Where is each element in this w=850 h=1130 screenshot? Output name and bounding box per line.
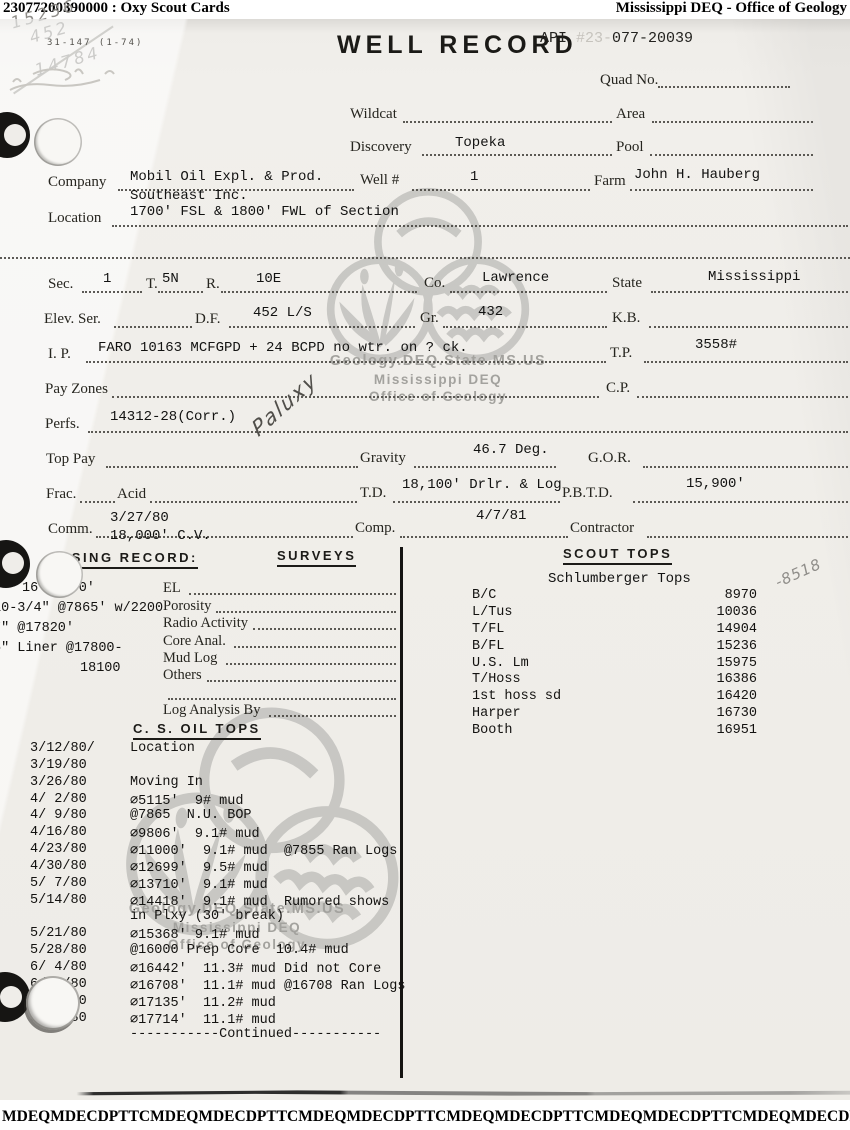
comm-value-line2: 18,000' C.V. xyxy=(110,528,211,544)
discovery-label: Discovery xyxy=(350,139,412,156)
log-entry: ∅16708' 11.1# mud @16708 Ran Logs xyxy=(130,977,405,994)
scout-top-row: B/C 8970 xyxy=(472,588,757,605)
oil-tops-row: -----------Continued----------- xyxy=(30,1027,430,1044)
log-date: 3/19/80 xyxy=(30,758,130,775)
scout-top-row: U.S. Lm 15975 xyxy=(472,656,757,673)
dotted-line xyxy=(0,257,850,259)
scout-top-row: B/FL 15236 xyxy=(472,639,757,656)
log-date: 5/ 7/80 xyxy=(30,876,130,893)
formation-name: Harper xyxy=(472,706,521,723)
log-date xyxy=(30,909,130,926)
oil-tops-row: 3/19/80 xyxy=(30,758,430,775)
log-entry: ∅17714' 11.1# mud xyxy=(130,1011,276,1028)
pool-label: Pool xyxy=(616,139,644,156)
scout-top-row: Booth 16951 xyxy=(472,723,757,740)
log-entry: ∅17135' 11.2# mud xyxy=(130,994,276,1011)
scout-top-row: T/FL 14904 xyxy=(472,622,757,639)
formation-name: T/FL xyxy=(472,622,504,639)
survey-row: Mud Log xyxy=(163,650,396,667)
punch-mark-notch xyxy=(2,552,24,574)
log-date: 5/14/80 xyxy=(30,893,130,910)
punch-hole xyxy=(36,551,83,598)
surveys-list: EL Porosity Radio Activity Core Anal. Mu… xyxy=(163,580,396,719)
formation-name: B/FL xyxy=(472,639,504,656)
dotted-line xyxy=(450,291,607,293)
scout-top-row: Harper 16730 xyxy=(472,706,757,723)
footer-tags: MDEQMDECDPTTCMDEQMDECDPTTCMDEQMDECDPTTCM… xyxy=(2,1108,848,1126)
dotted-line xyxy=(112,225,848,227)
dotted-line xyxy=(112,396,599,398)
punch-mark-notch xyxy=(4,124,26,146)
footer-tag: MDEQ xyxy=(446,1108,494,1126)
ocr-header: 23077200390000 : Oxy Scout Cards Mississ… xyxy=(0,0,850,19)
pencil-scribbles xyxy=(5,52,135,102)
comp-label: Comp. xyxy=(355,520,395,537)
kb-label: K.B. xyxy=(612,310,640,327)
footer-tag: MDEQ xyxy=(595,1108,643,1126)
formation-depth: 16386 xyxy=(716,672,757,689)
dotted-line xyxy=(393,501,560,503)
oil-tops-row: 3/26/80 Moving In xyxy=(30,775,430,792)
state-label: State xyxy=(612,275,642,292)
company-value: Mobil Oil Expl. & Prod. xyxy=(130,169,323,185)
comm-label: Comm. xyxy=(48,521,93,538)
oil-tops-row: 4/16/80 ∅9806' 9.1# mud xyxy=(30,825,430,842)
log-date: 5/21/80 xyxy=(30,926,130,943)
footer-tag: PTTC xyxy=(553,1108,594,1126)
form-number: 31-147 (1-74) xyxy=(47,38,143,48)
footer-tag: PTTC xyxy=(257,1108,298,1126)
formation-name: B/C xyxy=(472,588,496,605)
gravity-value: 46.7 Deg. xyxy=(473,442,549,458)
well-number-value: 1 xyxy=(470,169,478,185)
dotted-line xyxy=(216,611,396,613)
dotted-line xyxy=(114,326,192,328)
log-entry: ∅13710' 9.1# mud xyxy=(130,876,268,893)
log-entry: -----------Continued----------- xyxy=(130,1027,381,1044)
area-label: Area xyxy=(616,106,645,123)
api-number: API #23-077-20039 xyxy=(540,30,693,47)
dotted-line xyxy=(229,326,415,328)
gor-label: G.O.R. xyxy=(588,450,631,467)
dotted-line xyxy=(221,291,417,293)
log-date: 4/16/80 xyxy=(30,825,130,842)
gr-label: Gr. xyxy=(420,310,439,327)
oil-tops-row: 6/18/80 ∅17135' 11.2# mud xyxy=(30,994,430,1011)
footer-tag: MDECD xyxy=(50,1108,109,1126)
oil-tops-row: 3/12/80/ Location xyxy=(30,741,430,758)
dotted-line xyxy=(106,466,358,468)
survey-row: Porosity xyxy=(163,597,396,614)
dotted-line xyxy=(207,680,396,682)
dotted-line xyxy=(644,361,848,363)
log-date: 3/26/80 xyxy=(30,775,130,792)
dotted-line xyxy=(168,698,396,700)
punch-hole xyxy=(34,118,82,166)
casing-line: 10-3/4" @7865' w/2200 xyxy=(0,601,163,616)
footer-tag: MDECD xyxy=(198,1108,257,1126)
survey-label: Others xyxy=(163,667,207,684)
formation-depth: 16420 xyxy=(716,689,757,706)
log-entry: Moving In xyxy=(130,775,203,792)
oil-tops-row: 5/28/80 @16000 Prep Core 10.4# mud xyxy=(30,943,430,960)
oil-tops-row: in Plxy (30' break) xyxy=(30,909,430,926)
log-date: 4/ 9/80 xyxy=(30,808,130,825)
survey-row: Core Anal. xyxy=(163,632,396,649)
formation-name: T/Hoss xyxy=(472,672,521,689)
survey-label: Porosity xyxy=(163,598,216,615)
oil-tops-row: 6/11/80 ∅16708' 11.1# mud @16708 Ran Log… xyxy=(30,977,430,994)
tp-label: T.P. xyxy=(610,345,632,362)
scout-tops-table: B/C 8970 L/Tus 10036 T/FL 14904 B/FL 152… xyxy=(472,588,757,740)
oil-tops-title: C. S. OIL TOPS xyxy=(133,721,261,740)
log-entry: ∅12699' 9.5# mud xyxy=(130,859,268,876)
dotted-line xyxy=(226,663,396,665)
log-date: 6/ 4/80 xyxy=(30,960,130,977)
log-entry: ∅15368' 9.1# mud xyxy=(130,926,260,943)
survey-label: EL xyxy=(163,580,189,597)
formation-name: Booth xyxy=(472,723,513,740)
tp-value: 3558# xyxy=(695,337,737,353)
df-value: 452 L/S xyxy=(253,305,312,321)
oil-tops-row: 6/ 4/80 ∅16442' 11.3# mud Did not Core xyxy=(30,960,430,977)
toppay-label: Top Pay xyxy=(46,451,95,468)
dotted-line xyxy=(82,291,142,293)
cp-label: C.P. xyxy=(606,380,630,397)
dotted-line xyxy=(651,291,848,293)
oil-tops-row: 4/ 2/80 ∅5115' 9# mud xyxy=(30,792,430,809)
survey-row xyxy=(163,684,396,701)
formation-depth: 16730 xyxy=(716,706,757,723)
log-date: 3/12/80/ xyxy=(30,741,130,758)
td-value: 18,100' Drlr. & Log xyxy=(402,477,562,493)
formation-depth: 14904 xyxy=(716,622,757,639)
footer-tag: MDEQ xyxy=(2,1108,50,1126)
dotted-line xyxy=(643,466,848,468)
log-entry: in Plxy (30' break) xyxy=(130,909,284,926)
oil-tops-row: 5/ 7/80 ∅13710' 9.1# mud xyxy=(30,876,430,893)
scout-top-row: 1st hoss sd 16420 xyxy=(472,689,757,706)
state-value: Mississippi xyxy=(708,269,800,285)
dotted-line xyxy=(269,715,396,717)
log-entry: ∅5115' 9# mud xyxy=(130,792,243,809)
contractor-label: Contractor xyxy=(570,520,634,537)
surveys-title: SURVEYS xyxy=(277,548,356,567)
oil-tops-row: 4/ 9/80 @7865 N.U. BOP xyxy=(30,808,430,825)
footer-tag: MDEQ xyxy=(743,1108,791,1126)
ip-label: I. P. xyxy=(48,346,71,363)
footer-tag: MDECD xyxy=(791,1108,850,1126)
survey-label: Mud Log xyxy=(163,650,226,667)
log-entry: ∅14418' 9.1# mud Rumored shows xyxy=(130,893,389,910)
scout-tops-title: SCOUT TOPS xyxy=(563,546,672,565)
formation-name: 1st hoss sd xyxy=(472,689,561,706)
formation-depth: 8970 xyxy=(725,588,757,605)
dotted-line xyxy=(630,189,813,191)
log-entry: ∅9806' 9.1# mud xyxy=(130,825,260,842)
gravity-label: Gravity xyxy=(360,450,406,467)
oil-tops-log: 3/12/80/ Location 3/19/80 3/26/80 Moving… xyxy=(30,741,430,1044)
oil-tops-row: 4/23/80 ∅11000' 9.1# mud @7855 Ran Logs xyxy=(30,842,430,859)
scout-top-row: L/Tus 10036 xyxy=(472,605,757,622)
footer-tag: MDECD xyxy=(495,1108,554,1126)
dotted-line xyxy=(400,536,568,538)
dotted-line xyxy=(412,189,590,191)
dotted-line xyxy=(652,121,813,123)
dotted-line xyxy=(633,501,848,503)
well-number-label: Well # xyxy=(360,172,399,189)
oil-tops-row: 6/25/80 ∅17714' 11.1# mud xyxy=(30,1011,430,1028)
log-entry: @16000 Prep Core 10.4# mud xyxy=(130,943,349,960)
oil-tops-row: 5/14/80 ∅14418' 9.1# mud Rumored shows xyxy=(30,893,430,910)
comm-value: 3/27/80 xyxy=(110,510,169,526)
county-value: Lawrence xyxy=(482,270,549,286)
county-label: Co. xyxy=(424,275,445,292)
log-date: 4/30/80 xyxy=(30,859,130,876)
formation-name: U.S. Lm xyxy=(472,656,529,673)
punch-mark-notch xyxy=(0,986,22,1008)
casing-line: 5" Liner @17800- xyxy=(0,641,123,656)
pbtd-label: P.B.T.D. xyxy=(562,485,613,502)
footer-tag: PTTC xyxy=(405,1108,446,1126)
footer-tag: PTTC xyxy=(109,1108,150,1126)
elev-label: Elev. Ser. xyxy=(44,311,101,328)
dotted-line xyxy=(234,646,396,648)
pbtd-value: 15,900' xyxy=(686,476,745,492)
range-label: R. xyxy=(206,276,220,293)
dotted-line xyxy=(88,431,848,433)
payzones-label: Pay Zones xyxy=(45,381,108,398)
ip-value: FARO 10163 MCFGPD + 24 BCPD no wtr. on ?… xyxy=(98,340,468,356)
farm-label: Farm xyxy=(594,173,626,190)
range-value: 10E xyxy=(256,271,281,287)
township-value: 5N xyxy=(162,271,179,287)
footer-tag: MDEQ xyxy=(150,1108,198,1126)
perfs-value: 14312-28(Corr.) xyxy=(110,409,236,425)
footer-tag: MDECD xyxy=(643,1108,702,1126)
survey-row: Radio Activity xyxy=(163,615,396,632)
formation-depth: 15236 xyxy=(716,639,757,656)
dotted-line xyxy=(649,326,848,328)
formation-depth: 10036 xyxy=(716,605,757,622)
agency-name: Mississippi DEQ - Office of Geology xyxy=(616,0,847,17)
scout-top-row: T/Hoss 16386 xyxy=(472,672,757,689)
survey-label: Core Anal. xyxy=(163,633,234,650)
dotted-line xyxy=(658,86,790,88)
log-entry: Location xyxy=(130,741,195,758)
log-date: 4/ 2/80 xyxy=(30,792,130,809)
dotted-line xyxy=(403,121,612,123)
log-date: 4/23/80 xyxy=(30,842,130,859)
frac-label: Frac. xyxy=(46,486,76,503)
log-entry: ∅16442' 11.3# mud Did not Core xyxy=(130,960,381,977)
footer-tag: MDECD xyxy=(346,1108,405,1126)
dotted-line xyxy=(158,291,203,293)
formation-depth: 15975 xyxy=(716,656,757,673)
scout-tops-subtitle: Schlumberger Tops xyxy=(548,571,691,587)
dotted-line xyxy=(637,396,848,398)
gr-value: 432 xyxy=(478,304,503,320)
dotted-line xyxy=(650,154,813,156)
dotted-line xyxy=(414,466,556,468)
comp-value: 4/7/81 xyxy=(476,508,526,524)
dotted-line xyxy=(422,154,612,156)
casing-line: 7" @17820' xyxy=(0,621,74,636)
survey-label: Radio Activity xyxy=(163,615,253,632)
perfs-label: Perfs. xyxy=(45,416,80,433)
footer-tag: PTTC xyxy=(701,1108,742,1126)
oil-tops-row: 4/30/80 ∅12699' 9.5# mud xyxy=(30,859,430,876)
farm-value: John H. Hauberg xyxy=(634,167,760,183)
survey-row: EL xyxy=(163,580,396,597)
location-value: 1700' FSL & 1800' FWL of Section xyxy=(130,204,399,220)
acid-label: Acid xyxy=(117,486,146,503)
log-date xyxy=(30,1027,130,1044)
company-label: Company xyxy=(48,174,106,191)
formation-name: L/Tus xyxy=(472,605,513,622)
quad-label: Quad No. xyxy=(600,72,658,89)
formation-depth: 16951 xyxy=(716,723,757,740)
dotted-line xyxy=(189,593,396,595)
survey-label: Log Analysis By xyxy=(163,702,269,719)
survey-row: Others xyxy=(163,667,396,684)
log-entry: ∅11000' 9.1# mud @7855 Ran Logs xyxy=(130,842,397,859)
dotted-line xyxy=(80,501,115,503)
df-label: D.F. xyxy=(195,311,220,328)
discovery-value: Topeka xyxy=(455,135,505,151)
dotted-line xyxy=(443,326,607,328)
sec-label: Sec. xyxy=(48,276,73,293)
township-label: T. xyxy=(146,276,158,293)
dotted-line xyxy=(150,501,357,503)
sec-value: 1 xyxy=(103,271,111,287)
log-entry: @7865 N.U. BOP xyxy=(130,808,252,825)
dotted-line xyxy=(253,628,396,630)
dotted-line xyxy=(647,536,848,538)
punch-hole xyxy=(26,976,80,1030)
wildcat-label: Wildcat xyxy=(350,106,397,123)
td-label: T.D. xyxy=(360,485,386,502)
location-label: Location xyxy=(48,210,101,227)
scanned-well-record-page: { "colors":{"paper":"#f0eee9","ink":"#13… xyxy=(0,0,850,1130)
survey-row: Log Analysis By xyxy=(163,702,396,719)
dotted-line xyxy=(86,361,606,363)
log-date: 5/28/80 xyxy=(30,943,130,960)
oil-tops-row: 5/21/80 ∅15368' 9.1# mud xyxy=(30,926,430,943)
casing-line: 18100 xyxy=(80,661,121,676)
footer-tag: MDEQ xyxy=(298,1108,346,1126)
company-value-line2: Southeast Inc. xyxy=(130,188,248,204)
